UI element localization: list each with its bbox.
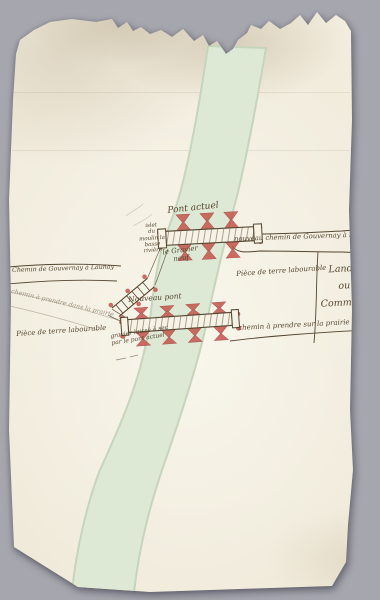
lande-line: ou	[317, 276, 372, 296]
paper-shadow-wrap: Pont actuel islet du moulin la basse riv…	[0, 0, 380, 600]
dash-marks	[116, 355, 138, 360]
lande-line: Commune	[318, 293, 373, 313]
map-sheet-stage: Pont actuel islet du moulin la basse riv…	[0, 0, 380, 600]
lande-line: Lande	[316, 259, 371, 279]
label-lande-commune: Lande ou Commune	[316, 259, 373, 313]
paper-sheet: Pont actuel islet du moulin la basse riv…	[0, 0, 380, 600]
